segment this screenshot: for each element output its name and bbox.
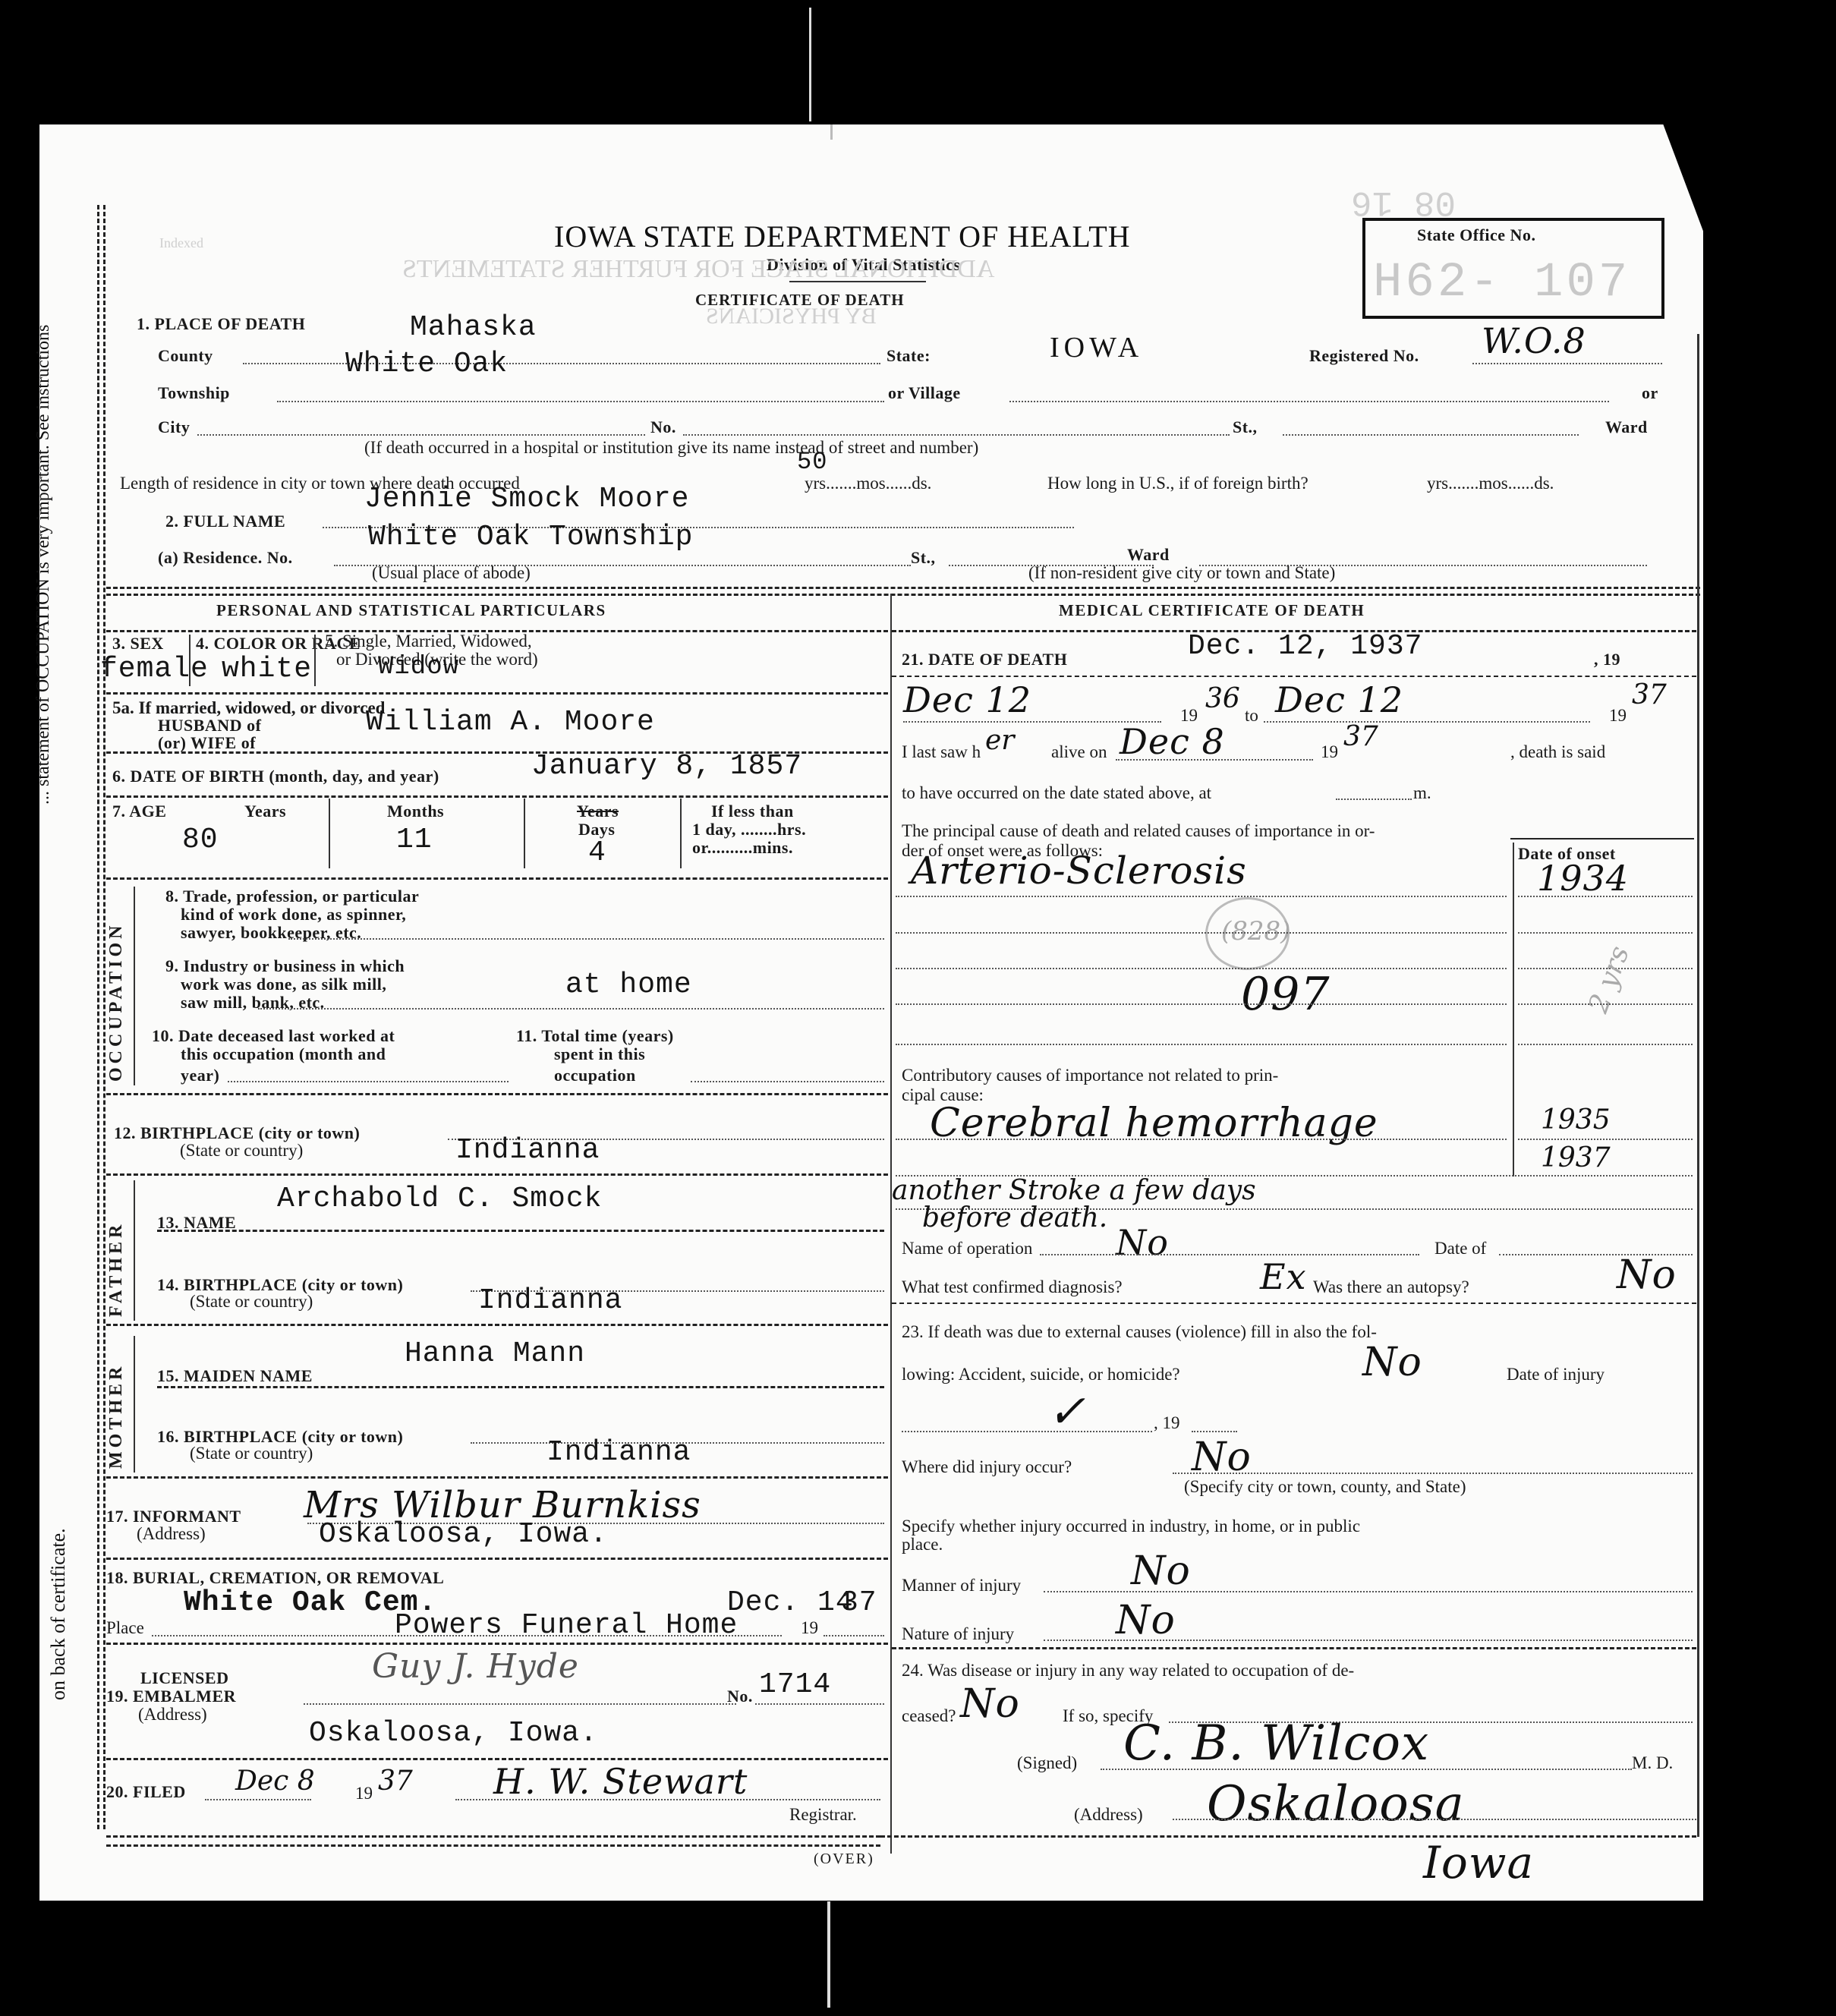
operation-date-label: Date of [1434,1239,1486,1258]
embalmer-no-value: 1714 [759,1668,831,1701]
attended-to-date: Dec 12 [1275,679,1403,720]
informant-address-label: (Address) [137,1524,206,1544]
residence-length-value: 50 [797,448,827,476]
township-value: White Oak [345,348,508,380]
attended-from-date: Dec 12 [903,679,1031,720]
attended-from-year: 36 [1205,683,1240,714]
q9-line-3: saw mill, bank, etc. [181,993,325,1013]
embalmer-address-value: Oskaloosa, Iowa. [309,1717,598,1750]
external-label-1: 23. If death was due to external causes … [902,1322,1377,1342]
village-label: or Village [888,383,961,403]
occurred-suffix: m. [1413,783,1431,803]
bleed-through-text-2: BY PHYSICIANS [706,304,877,329]
personal-section-title: PERSONAL AND STATISTICAL PARTICULARS [216,601,606,620]
residence-label: (a) Residence. No. [158,548,293,568]
where-label: Where did injury occur? [902,1457,1072,1477]
less-than-1: If less than [711,802,794,821]
alive-on-label: alive on [1051,742,1107,762]
st-label: St., [1233,417,1258,437]
dob-label: 6. DATE OF BIRTH (month, day, and year) [112,767,439,786]
state-value: IOWA [1050,331,1143,364]
mother-name-label: 15. MAIDEN NAME [157,1366,313,1386]
q8-line-3: sawyer, bookkeeper, etc. [181,923,361,943]
q9-value: at home [565,969,692,1001]
physician-address-1: Oskaloosa [1207,1776,1465,1832]
state-office-box: State Office No. H62- 107 [1362,218,1664,319]
mother-side-label: MOTHER [106,1363,127,1469]
q8-line-2: kind of work done, as spinner, [181,905,406,925]
test-label: What test confirmed diagnosis? [902,1277,1123,1297]
form-right-border [1697,334,1699,1837]
over-label: (OVER) [814,1851,874,1868]
contributory-note-1: another Stroke a few days [892,1175,1256,1206]
signed-label: (Signed) [1017,1753,1077,1773]
external-value: No [1362,1340,1422,1385]
medical-section-title: MEDICAL CERTIFICATE OF DEATH [1059,601,1365,620]
contributory-onset-2: 1937 [1541,1142,1611,1173]
residence-ward-label: Ward [1127,545,1170,565]
margin-note-1: ... statement of OCCUPATION is very impo… [33,325,54,805]
mother-birth-value: Indianna [546,1436,691,1469]
occurred-label: to have occurred on the date stated abov… [902,783,1211,803]
place-of-death-label: 1. PLACE OF DEATH [137,314,305,334]
birthplace-value: Indianna [455,1134,600,1167]
q10-line-2: this occupation (month and [181,1044,386,1064]
last-saw-year-prefix: 19 [1321,742,1338,762]
occupation-side-label: OCCUPATION [106,922,127,1082]
manner-value: No [1131,1548,1191,1594]
age-months-label: Months [387,802,444,821]
q10-line-3: year) [181,1066,219,1085]
nonresident-note: (If non-resident give city or town and S… [1028,563,1335,583]
dob-value: January 8, 1857 [531,750,802,783]
contributory-onset-1: 1935 [1541,1104,1611,1136]
city-label: City [158,417,190,437]
embalmer-address-label: (Address) [138,1705,207,1725]
burial-date-value: Dec. 14 [727,1586,854,1619]
filed-year-prefix: 19 [355,1784,373,1803]
last-saw-pronoun: er [985,725,1015,756]
principal-onset-value: 1934 [1537,858,1629,899]
burial-label: 18. BURIAL, CREMATION, OR REMOVAL [106,1568,444,1588]
registrar-label: Registrar. [789,1805,857,1825]
margin-note-2: on back of certificate. [47,1528,70,1700]
attended-to-label: to [1245,706,1258,726]
form-left-border-2 [103,205,105,1829]
q8-line-1: 8. Trade, profession, or particular [165,887,419,906]
registrar-signature: H. W. Stewart [493,1761,748,1802]
physician-address-2: Iowa [1423,1837,1534,1888]
scan-artifact-line [827,1901,830,2008]
less-than-3: or..........mins. [692,838,793,858]
md-label: M. D. [1632,1753,1673,1773]
faint-stamp: 08 16 [1351,182,1456,222]
informant-address-value: Oskaloosa, Iowa. [319,1518,608,1551]
age-label: 7. AGE [112,802,166,821]
operation-value: No [1116,1222,1169,1263]
full-name-label: 2. FULL NAME [165,512,285,531]
contributory-label-1: Contributory causes of importance not re… [902,1066,1278,1085]
date-of-death-value: Dec. 12, 1937 [1188,630,1422,663]
q11-line-2: spent in this [554,1044,645,1064]
embalmer-label-2: 19. EMBALMER [106,1687,236,1706]
hospital-note: (If death occurred in a hospital or inst… [364,438,978,458]
onset-column-divider [1513,843,1514,1177]
state-label: State: [887,346,931,366]
abode-note: (Usual place of abode) [372,563,531,583]
burial-year-value: 37 [841,1586,877,1619]
embalmer-signature: Guy J. Hyde [372,1647,579,1686]
residence-st-label: St., [911,548,936,568]
age-months-value: 11 [396,824,433,856]
physician-signature: C. B. Wilcox [1123,1715,1429,1772]
ward-label: Ward [1605,417,1648,437]
foreign-birth-units: yrs.......mos......ds. [1427,474,1554,493]
state-office-label: State Office No. [1417,225,1535,245]
autopsy-label: Was there an autopsy? [1313,1277,1469,1297]
injury-year-prefix: , 19 [1154,1413,1180,1433]
q11-line-3: occupation [554,1066,636,1085]
state-office-number: H62- 107 [1373,256,1630,310]
nature-value: No [1116,1598,1176,1643]
registered-value: W.O.8 [1482,320,1586,361]
father-birth-label-2: (State or country) [190,1292,313,1312]
principal-cause-label-1: The principal cause of death and related… [902,821,1375,841]
filed-date-value: Dec 8 [235,1766,315,1797]
attended-to-year: 37 [1632,679,1667,710]
q9-line-2: work was done, as silk mill, [181,975,386,994]
external-label-2: lowing: Accident, suicide, or homicide? [902,1365,1180,1384]
manner-label: Manner of injury [902,1576,1021,1595]
no-label: No. [650,417,676,437]
last-saw-date: Dec 8 [1120,721,1225,762]
sex-label: 3. SEX [112,634,164,654]
age-years-value: 80 [182,824,219,856]
test-value: Ex [1260,1256,1307,1297]
where-note: (Specify city or town, county, and State… [1184,1477,1466,1497]
mother-birth-label-2: (State or country) [190,1444,313,1463]
residence-length-units: yrs.......mos......ds. [805,474,931,493]
death-said-label: , death is said [1510,742,1605,762]
last-saw-year: 37 [1343,721,1378,752]
occupational-value: No [960,1681,1020,1727]
embalmer-label-1: LICENSED [140,1668,228,1688]
occupational-label-2: ceased? [902,1706,956,1726]
q11-line-1: 11. Total time (years) [516,1026,674,1046]
spouse-value: William A. Moore [366,706,655,739]
specify-label-2: place. [902,1535,943,1555]
q9-line-1: 9. Industry or business in which [165,956,405,976]
contributory-note-2: before death. [922,1202,1107,1233]
township-label: Township [158,383,230,403]
age-days-value: 4 [588,836,606,869]
birthplace-label-2: (State or country) [180,1141,303,1161]
full-name-value: Jennie Smock Moore [364,483,689,515]
sex-value: female [100,653,209,685]
father-name-value: Archabold C. Smock [277,1183,602,1215]
form-left-border [97,205,99,1829]
date-of-death-label: 21. DATE OF DEATH [902,650,1067,669]
bleed-through-text: ADDITIONAL SPACE FOR FURTHER STATEMENTS [402,255,994,284]
scan-artifact-line [809,8,811,121]
specify-label-1: Specify whether injury occurred in indus… [902,1517,1360,1536]
injury-date-label: Date of injury [1507,1365,1605,1384]
marital-label-1: 5. Single, Married, Widowed, [325,632,532,651]
filed-label: 20. FILED [106,1782,186,1802]
burial-place-label: Place [106,1618,144,1638]
foreign-birth-label: How long in U.S., if of foreign birth? [1047,474,1309,493]
marital-value: Widow [378,653,459,682]
county-label: County [158,346,213,366]
embalmer-no-label: No. [727,1687,753,1706]
column-divider [890,594,892,1854]
burial-year-prefix: 19 [801,1618,818,1638]
attended-to-year-prefix: 19 [1609,706,1627,726]
residence-value: White Oak Township [368,521,693,553]
spouse-label-3: (or) WIFE of [158,733,256,753]
registered-label: Registered No. [1309,346,1419,366]
document-title: IOWA STATE DEPARTMENT OF HEALTH [554,219,1131,254]
less-than-2: 1 day, ........hrs. [692,820,806,839]
or-label: or [1642,383,1658,403]
occupational-label-1: 24. Was disease or injury in any way rel… [902,1661,1354,1681]
last-saw-label: I last saw h [902,742,981,762]
father-side-label: FATHER [106,1221,127,1317]
date-of-death-year-suffix: , 19 [1594,650,1620,669]
age-struck-label: Years [577,802,619,821]
burial-place-value-2: Powers Funeral Home [395,1609,738,1642]
filed-year-value: 37 [378,1766,413,1797]
county-value: Mahaska [410,311,537,344]
principal-cause-value: Arterio-Sclerosis [911,849,1247,893]
code-stamp: (828) [1205,897,1290,970]
mother-name-value: Hanna Mann [405,1337,585,1370]
age-years-label: Years [244,802,286,821]
address-label: (Address) [1074,1805,1143,1825]
nature-label: Nature of injury [902,1624,1014,1644]
cause-code-value: 097 [1241,968,1331,1021]
operation-label: Name of operation [902,1239,1032,1258]
father-birth-value: Indianna [478,1284,622,1317]
indexed-mark: Indexed [159,235,203,251]
race-value: white [222,653,312,685]
q10-line-1: 10. Date deceased last worked at [152,1026,395,1046]
autopsy-value: No [1617,1252,1677,1298]
scan-artifact [830,124,833,140]
certificate-page [39,124,1703,1901]
